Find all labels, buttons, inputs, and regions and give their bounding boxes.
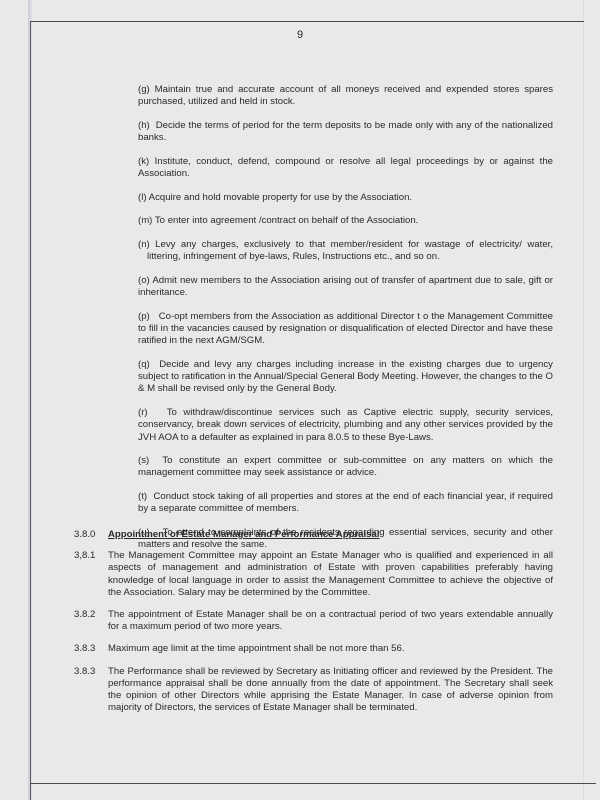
list-item-n: (n) Levy any charges, exclusively to tha…	[138, 239, 553, 263]
item-label: (r)	[138, 407, 148, 418]
page-border-left	[30, 21, 31, 800]
section-3-8-0: 3.8.0 Appointment of Estate Manager and …	[74, 529, 553, 714]
item-label: (s)	[138, 455, 149, 466]
list-item-t: (t) Conduct stock taking of all properti…	[138, 491, 553, 515]
item-label: (h)	[138, 120, 150, 131]
item-text: Levy any charges, exclusively to that me…	[147, 239, 553, 262]
item-text: Decide the terms of period for the term …	[138, 120, 553, 143]
clause-3-8-3-performance: 3.8.3 The Performance shall be reviewed …	[74, 666, 553, 715]
item-text: Admit new members to the Association ari…	[138, 275, 553, 298]
powers-list: (g) Maintain true and accurate account o…	[138, 84, 553, 563]
clause-number: 3.8.3	[74, 643, 108, 655]
clause-text: Maximum age limit at the time appointmen…	[108, 643, 553, 655]
item-label: (m)	[138, 215, 152, 226]
item-text: Co-opt members from the Association as a…	[138, 311, 553, 346]
page-border-bottom	[30, 783, 596, 784]
clause-text: The appointment of Estate Manager shall …	[108, 609, 553, 633]
list-item-q: (q) Decide and levy any charges includin…	[138, 359, 553, 396]
page-number: 9	[0, 29, 600, 41]
clause-3-8-2: 3.8.2 The appointment of Estate Manager …	[74, 609, 553, 633]
section-number: 3.8.0	[74, 529, 108, 541]
item-label: (o)	[138, 275, 150, 286]
item-label: (q)	[138, 359, 150, 370]
clause-number: 3,8.1	[74, 550, 108, 599]
item-label: (l)	[138, 192, 147, 203]
list-item-o: (o) Admit new members to the Association…	[138, 275, 553, 299]
list-item-m: (m) To enter into agreement /contract on…	[138, 215, 553, 227]
item-text: Maintain true and accurate account of al…	[138, 84, 553, 107]
scan-right-edge	[583, 0, 584, 800]
item-label: (p)	[138, 311, 150, 322]
list-item-l: (l) Acquire and hold movable property fo…	[138, 192, 553, 204]
list-item-p: (p) Co-opt members from the Association …	[138, 311, 553, 348]
section-heading: Appointment of Estate Manager and Perfor…	[108, 529, 553, 541]
item-text: To enter into agreement /contract on beh…	[155, 215, 418, 226]
list-item-k: (k) Institute, conduct, defend, compound…	[138, 156, 553, 180]
item-label: (g)	[138, 84, 150, 95]
page-border-top	[30, 21, 584, 22]
item-label: (k)	[138, 156, 149, 167]
item-text: Decide and levy any charges including in…	[138, 359, 553, 394]
item-text: To constitute an expert committee or sub…	[138, 455, 553, 478]
clause-number: 3.8.2	[74, 609, 108, 633]
clause-text: The Management Committee may appoint an …	[108, 550, 553, 599]
clause-3-8-3-age: 3.8.3 Maximum age limit at the time appo…	[74, 643, 553, 655]
item-text: Conduct stock taking of all properties a…	[138, 491, 553, 514]
clause-3-8-1: 3,8.1 The Management Committee may appoi…	[74, 550, 553, 599]
item-text: Acquire and hold movable property for us…	[149, 192, 412, 203]
item-text: Institute, conduct, defend, compound or …	[138, 156, 553, 179]
section-heading-row: 3.8.0 Appointment of Estate Manager and …	[74, 529, 553, 541]
item-label: (n)	[138, 239, 150, 250]
item-label: (t)	[138, 491, 147, 502]
list-item-g: (g) Maintain true and accurate account o…	[138, 84, 553, 108]
clause-text: The Performance shall be reviewed by Sec…	[108, 666, 553, 715]
item-text: To withdraw/discontinue services such as…	[138, 407, 553, 442]
list-item-h: (h) Decide the terms of period for the t…	[138, 120, 553, 144]
list-item-r: (r) To withdraw/discontinue services suc…	[138, 407, 553, 444]
list-item-s: (s) To constitute an expert committee or…	[138, 455, 553, 479]
clause-number: 3.8.3	[74, 666, 108, 715]
